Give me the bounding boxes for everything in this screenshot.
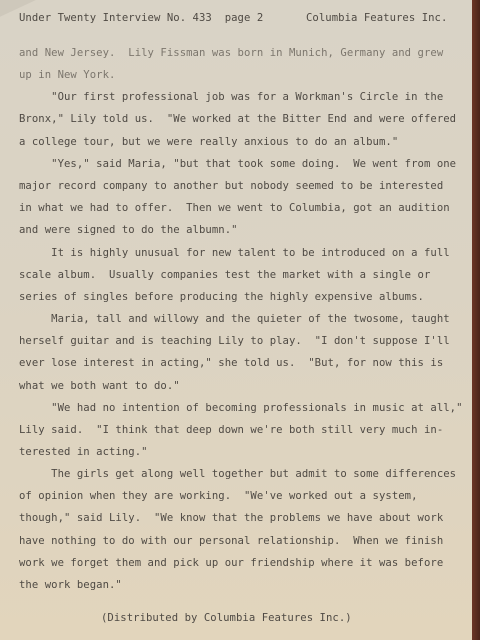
body-line: terested in acting." [19, 447, 148, 458]
body-line: major record company to another but nobo… [19, 181, 443, 192]
body-line: "Yes," said Maria, "but that took some d… [19, 159, 456, 170]
body-line: the work began." [19, 580, 122, 591]
body-line: and were signed to do the albumn." [19, 225, 238, 236]
body-line: Bronx," Lily told us. "We worked at the … [19, 114, 456, 125]
body-line: ever lose interest in acting," she told … [19, 358, 443, 369]
body-line: what we both want to do." [19, 381, 180, 392]
body-line: up in New York. [19, 70, 115, 81]
body-line: and New Jersey. Lily Fissman was born in… [19, 48, 443, 59]
body-line: a college tour, but we were really anxio… [19, 137, 398, 148]
body-line: though," said Lily. "We know that the pr… [19, 513, 443, 524]
body-line: "We had no intention of becoming profess… [19, 403, 463, 414]
body-line: series of singles before producing the h… [19, 292, 424, 303]
body-line: The girls get along well together but ad… [19, 469, 456, 480]
page-edge-background [472, 0, 480, 640]
body-line: of opinion when they are working. "We've… [19, 491, 418, 502]
body-line: Lily said. "I think that deep down we're… [19, 425, 443, 436]
body-line: It is highly unusual for new talent to b… [19, 248, 450, 259]
body-line: "Our first professional job was for a Wo… [19, 92, 443, 103]
typewritten-page: Under Twenty Interview No. 433 page 2 Co… [0, 0, 472, 640]
body-line: scale album. Usually companies test the … [19, 270, 430, 281]
body-line: have nothing to do with our personal rel… [19, 536, 443, 547]
body-line: Maria, tall and willowy and the quieter … [19, 314, 450, 325]
page-header-right: Columbia Features Inc. [306, 13, 447, 24]
body-line: herself guitar and is teaching Lily to p… [19, 336, 450, 347]
distribution-footer: (Distributed by Columbia Features Inc.) [101, 613, 352, 624]
body-line: work we forget them and pick up our frie… [19, 558, 443, 569]
page-header-left: Under Twenty Interview No. 433 page 2 [19, 13, 263, 24]
body-line: in what we had to offer. Then we went to… [19, 203, 450, 214]
